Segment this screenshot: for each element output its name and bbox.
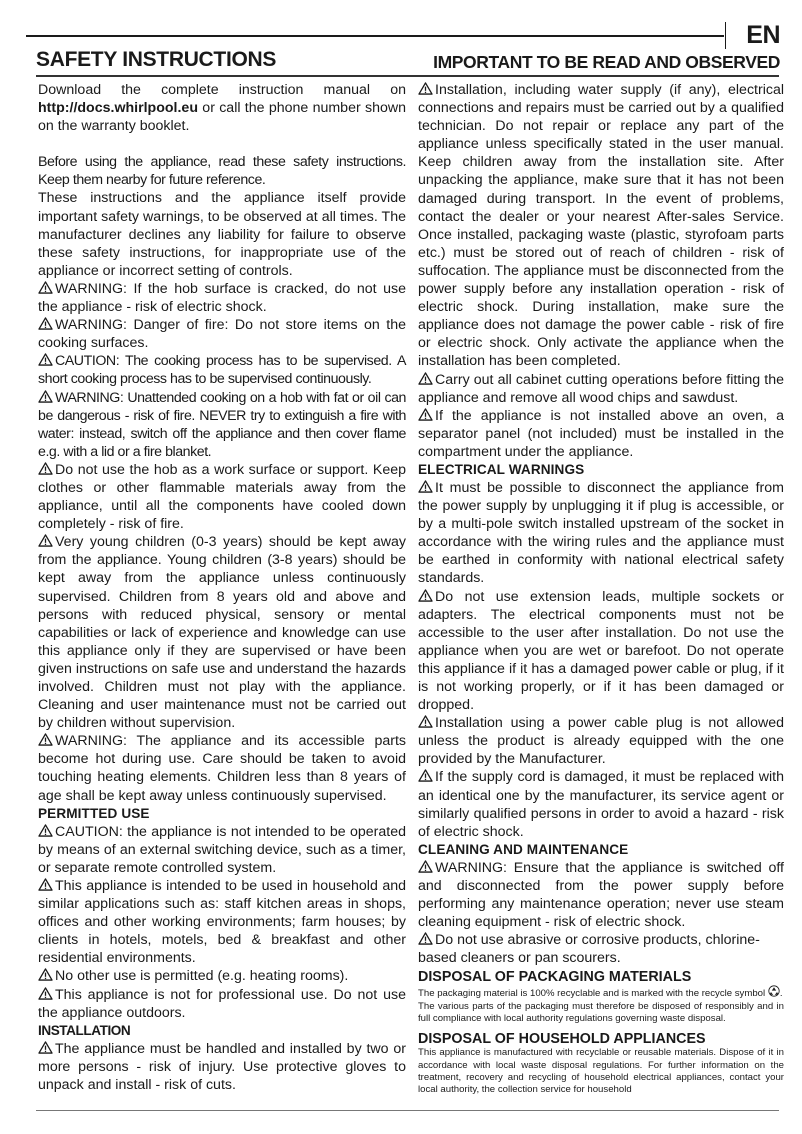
- electrical-item: It must be possible to disconnect the ap…: [418, 479, 784, 588]
- footer-divider: [36, 1110, 779, 1111]
- warning-item: WARNING: Unattended cooking on a hob wit…: [38, 389, 406, 461]
- disclaimer-paragraph: These instructions and the appliance its…: [38, 189, 406, 279]
- warning-triangle-icon: [418, 860, 433, 873]
- download-text: Download the complete instruction manual…: [38, 82, 406, 98]
- warning-triangle-icon: [38, 281, 53, 294]
- page-title: SAFETY INSTRUCTIONS: [36, 47, 276, 73]
- section-heading-household: DISPOSAL OF HOUSEHOLD APPLIANCES: [418, 1031, 784, 1047]
- warning-triangle-icon: [38, 353, 53, 366]
- installation-item: Installation, including water supply (if…: [418, 81, 784, 371]
- permitted-use-item: No other use is permitted (e.g. heating …: [38, 967, 406, 985]
- warning-triangle-icon: [38, 462, 53, 475]
- warning-item: WARNING: If the hob surface is cracked, …: [38, 280, 406, 316]
- warning-item: Very young children (0-3 years) should b…: [38, 533, 406, 732]
- household-paragraph: This appliance is manufactured with recy…: [418, 1047, 784, 1096]
- section-heading-permitted-use: PERMITTED USE: [38, 805, 406, 823]
- page-subtitle: IMPORTANT TO BE READ AND OBSERVED: [433, 51, 780, 73]
- right-column: Installation, including water supply (if…: [418, 81, 784, 1096]
- warning-triangle-icon: [418, 82, 433, 95]
- section-heading-packaging: DISPOSAL OF PACKAGING MATERIALS: [418, 969, 784, 985]
- installation-item: If the appliance is not installed above …: [418, 407, 784, 461]
- section-heading-cleaning: CLEANING AND MAINTENANCE: [418, 841, 784, 859]
- permitted-use-item: CAUTION: the appliance is not intended t…: [38, 823, 406, 877]
- warning-triangle-icon: [38, 878, 53, 891]
- warning-triangle-icon: [418, 408, 433, 421]
- download-paragraph: Download the complete instruction manual…: [38, 81, 406, 135]
- warning-item: Do not use the hob as a work surface or …: [38, 461, 406, 533]
- section-heading-installation: INSTALLATION: [38, 1022, 406, 1040]
- warning-triangle-icon: [418, 372, 433, 385]
- warning-triangle-icon: [38, 317, 53, 330]
- permitted-use-item: This appliance is not for professional u…: [38, 986, 406, 1022]
- packaging-disposal-paragraph: The various parts of the packaging must …: [418, 1001, 784, 1026]
- warning-triangle-icon: [38, 1041, 53, 1054]
- warning-triangle-icon: [38, 968, 53, 981]
- warning-item: WARNING: Danger of fire: Do not store it…: [38, 316, 406, 352]
- packaging-paragraph: The packaging material is 100% recyclabl…: [418, 985, 784, 1000]
- warning-triangle-icon: [418, 589, 433, 602]
- manual-link[interactable]: http://docs.whirlpool.eu: [38, 100, 198, 116]
- section-heading-electrical-warnings: ELECTRICAL WARNINGS: [418, 461, 784, 479]
- installation-item: Carry out all cabinet cutting operations…: [418, 371, 784, 407]
- warning-triangle-icon: [38, 390, 53, 403]
- language-code: EN: [746, 20, 780, 50]
- header-tick-divider: [725, 22, 726, 49]
- warning-item: WARNING: The appliance and its accessibl…: [38, 732, 406, 804]
- warning-triangle-icon: [418, 715, 433, 728]
- warning-triangle-icon: [418, 932, 433, 945]
- electrical-item: Do not use extension leads, multiple soc…: [418, 588, 784, 715]
- left-column: Download the complete instruction manual…: [38, 81, 406, 1094]
- header-top-line: [26, 35, 724, 37]
- warning-triangle-icon: [38, 824, 53, 837]
- installation-item: The appliance must be handled and instal…: [38, 1040, 406, 1094]
- before-use-paragraph: Before using the appliance, read these s…: [38, 153, 406, 189]
- electrical-item: Installation using a power cable plug is…: [418, 714, 784, 768]
- warning-triangle-icon: [38, 987, 53, 1000]
- cleaning-item: Do not use abrasive or corrosive product…: [418, 931, 784, 967]
- header-divider: [36, 75, 779, 77]
- warning-triangle-icon: [418, 769, 433, 782]
- warning-triangle-icon: [418, 480, 433, 493]
- warning-triangle-icon: [38, 733, 53, 746]
- warning-item: CAUTION: The cooking process has to be s…: [38, 352, 406, 388]
- recycle-icon: [768, 985, 780, 997]
- warning-triangle-icon: [38, 534, 53, 547]
- cleaning-item: WARNING: Ensure that the appliance is sw…: [418, 859, 784, 931]
- permitted-use-item: This appliance is intended to be used in…: [38, 877, 406, 967]
- electrical-item: If the supply cord is damaged, it must b…: [418, 768, 784, 840]
